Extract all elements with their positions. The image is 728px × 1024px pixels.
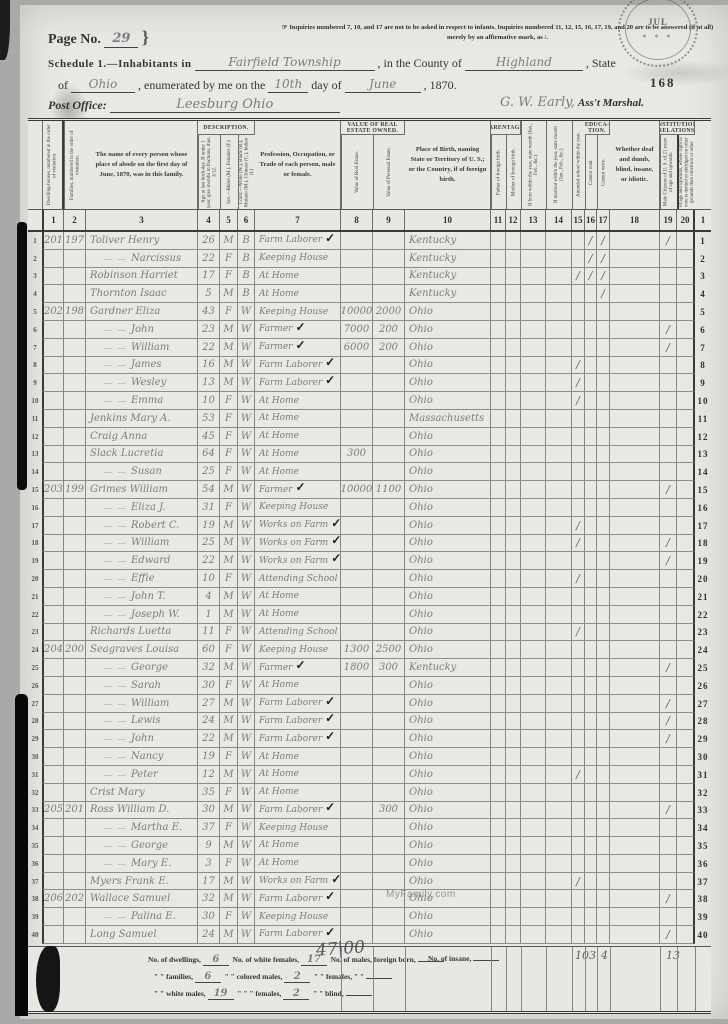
dwelling-number [42, 250, 64, 268]
mark-col-16 [585, 570, 597, 588]
mark-col-13 [521, 446, 546, 464]
mark-col-14 [546, 250, 572, 268]
color: W [238, 535, 255, 553]
col-number: 4 [198, 210, 220, 230]
mark-col-12 [506, 695, 521, 713]
row-number-left: 26 [28, 677, 42, 695]
column-number-row: 12345678910111213141516171819201 [28, 210, 711, 232]
age: 30 [198, 677, 220, 695]
color: W [238, 908, 255, 926]
row-number-right: 13 [695, 446, 711, 464]
family-number: 199 [64, 481, 86, 499]
mark-col-15 [572, 641, 585, 659]
person-name: — —Nancy [86, 748, 198, 766]
real-estate-value [341, 392, 373, 410]
footer-column-rule [373, 947, 374, 1011]
census-page: JUL * * * Page No. 29 } ☞ Inquiries numb… [20, 5, 728, 1019]
family-number [64, 374, 86, 392]
mark-col-16 [585, 677, 597, 695]
row-number-right: 17 [695, 517, 711, 535]
age: 60 [198, 641, 220, 659]
mark-col-19: / [660, 695, 677, 713]
mark-col-14 [546, 392, 572, 410]
person-name: — —Mary E. [86, 855, 198, 873]
mark-col-13 [521, 428, 546, 446]
real-estate-value: 7000 [341, 321, 373, 339]
birthplace: Ohio [405, 784, 491, 802]
mark-col-20 [677, 837, 695, 855]
mark-col-20 [677, 695, 695, 713]
sex: M [220, 517, 238, 535]
row-number-right: 11 [695, 410, 711, 428]
color: W [238, 499, 255, 517]
mark-col-16: / [585, 268, 597, 286]
post-office-blank: Leesburg Ohio [110, 97, 340, 113]
day-blank: 10th [268, 77, 308, 93]
mark-col-14 [546, 268, 572, 286]
row-number-left: 34 [28, 819, 42, 837]
mark-col-20 [677, 570, 695, 588]
mark-col-19 [660, 570, 677, 588]
mark-col-11 [491, 570, 506, 588]
birthplace: Ohio [405, 446, 491, 464]
mark-col-19 [660, 446, 677, 464]
sex: M [220, 232, 238, 250]
row-number-left: 13 [28, 446, 42, 464]
personal-estate-value [373, 250, 405, 268]
col-header-personal-estate: Value of Personal Estate. [373, 135, 405, 209]
mark-col-11 [491, 517, 506, 535]
real-estate-value [341, 695, 373, 713]
mark-col-16: / [585, 232, 597, 250]
row-number-right: 3 [695, 268, 711, 286]
day-value: 10th [274, 77, 302, 91]
of-label: of [58, 78, 68, 92]
mark-col-17 [597, 392, 610, 410]
month-blank: June [345, 77, 421, 93]
mark-col-11 [491, 410, 506, 428]
mark-col-18 [610, 730, 660, 748]
sex: M [220, 374, 238, 392]
mark-col-19 [660, 303, 677, 321]
color: W [238, 321, 255, 339]
sex: F [220, 748, 238, 766]
sex: M [220, 730, 238, 748]
sex: F [220, 677, 238, 695]
mark-col-14 [546, 285, 572, 303]
sex: F [220, 428, 238, 446]
schedule-label: Schedule 1.—Inhabitants in [48, 58, 192, 70]
mark-col-20 [677, 499, 695, 517]
mark-col-14 [546, 410, 572, 428]
mark-col-16 [585, 588, 597, 606]
mark-col-12 [506, 873, 521, 891]
row-number-right: 40 [695, 926, 711, 944]
mark-col-15: / [572, 766, 585, 784]
mark-col-14 [546, 535, 572, 553]
mark-col-18 [610, 374, 660, 392]
age: 37 [198, 819, 220, 837]
col-header-age: Age at last birth-day. If under 1 year, … [198, 135, 220, 209]
row-number-right: 28 [695, 713, 711, 731]
dwelling-number [42, 446, 64, 464]
occupation: Farmer✓ [255, 659, 341, 677]
table-row: 29— —John22MWFarm Laborer✓Ohio/29 [28, 730, 711, 748]
birthplace: Ohio [405, 428, 491, 446]
mark-col-18 [610, 357, 660, 375]
col-number: 11 [491, 210, 506, 230]
month-value: June [369, 77, 396, 91]
birthplace: Ohio [405, 855, 491, 873]
dwelling-number [42, 837, 64, 855]
mark-col-14 [546, 873, 572, 891]
day-of-label: day of [311, 78, 341, 92]
mark-col-16 [585, 499, 597, 517]
mark-col-20 [677, 481, 695, 499]
person-name: — —Robert C. [86, 517, 198, 535]
mark-col-16 [585, 748, 597, 766]
age: 19 [198, 517, 220, 535]
real-estate-value [341, 268, 373, 286]
mark-col-19 [660, 588, 677, 606]
person-name: — —Emma [86, 392, 198, 410]
mark-col-18 [610, 926, 660, 944]
mark-col-18 [610, 695, 660, 713]
person-name: — —Edward [86, 552, 198, 570]
mark-col-11 [491, 357, 506, 375]
mark-col-19 [660, 855, 677, 873]
occupation: Works on Farm✓ [255, 517, 341, 535]
mark-col-20 [677, 677, 695, 695]
marshal-line: G. W. Early, Ass't Marshal. [500, 95, 644, 110]
mark-col-19: / [660, 890, 677, 908]
row-number-left: 19 [28, 552, 42, 570]
white-males-label: " " white males, [154, 989, 206, 998]
real-estate-value [341, 784, 373, 802]
mark-col-19 [660, 784, 677, 802]
mark-col-16 [585, 713, 597, 731]
mark-col-14 [546, 428, 572, 446]
mark-col-12 [506, 481, 521, 499]
row-number-right: 35 [695, 837, 711, 855]
row-number-right: 12 [695, 428, 711, 446]
real-estate-value: 1800 [341, 659, 373, 677]
table-row: 15203199Grimes William54MWFarmer✓1000011… [28, 481, 711, 499]
mark-col-11 [491, 285, 506, 303]
year-label: , 1870. [424, 78, 457, 92]
col-number: 14 [546, 210, 572, 230]
mark-col-16 [585, 517, 597, 535]
mark-col-16 [585, 837, 597, 855]
mark-col-12 [506, 374, 521, 392]
family-number [64, 570, 86, 588]
age: 22 [198, 730, 220, 748]
mark-col-11 [491, 481, 506, 499]
mark-col-15: / [572, 517, 585, 535]
mark-col-18 [610, 410, 660, 428]
family-number [64, 250, 86, 268]
footer-column-rule [521, 947, 522, 1011]
mark-col-13 [521, 339, 546, 357]
mark-col-12 [506, 784, 521, 802]
schedule-line-2: of Ohio , enumerated by me on the 10th d… [58, 77, 457, 93]
mark-col-18 [610, 499, 660, 517]
family-number [64, 517, 86, 535]
row-number-right: 16 [695, 499, 711, 517]
age: 25 [198, 463, 220, 481]
mark-col-12 [506, 463, 521, 481]
mark-col-15 [572, 784, 585, 802]
state-value: Ohio [89, 77, 118, 91]
mark-col-12 [506, 677, 521, 695]
mark-col-17 [597, 374, 610, 392]
personal-estate-value [373, 926, 405, 944]
mark-col-13 [521, 695, 546, 713]
table-row: 11Jenkins Mary A.53FWAt HomeMassachusett… [28, 410, 711, 428]
mark-col-13 [521, 268, 546, 286]
mark-col-11 [491, 659, 506, 677]
dwelling-number [42, 713, 64, 731]
person-name: — —George [86, 837, 198, 855]
colored-females-label: " " " females, [237, 989, 281, 998]
row-number-left: 17 [28, 517, 42, 535]
row-number-right: 15 [695, 481, 711, 499]
col-number: 3 [86, 210, 198, 230]
birthplace: Ohio [405, 588, 491, 606]
mark-col-12 [506, 357, 521, 375]
mark-col-12 [506, 890, 521, 908]
birthplace: Ohio [405, 748, 491, 766]
birthplace: Ohio [405, 517, 491, 535]
dwelling-number [42, 819, 64, 837]
mark-col-18 [610, 250, 660, 268]
mark-col-11 [491, 695, 506, 713]
real-estate-value [341, 570, 373, 588]
row-number-left: 23 [28, 624, 42, 642]
mark-col-12 [506, 232, 521, 250]
dwelling-number [42, 873, 64, 891]
row-number-right: 24 [695, 641, 711, 659]
mark-col-19 [660, 250, 677, 268]
sex: F [220, 499, 238, 517]
real-estate-value [341, 232, 373, 250]
mark-col-11 [491, 837, 506, 855]
person-name: Jenkins Mary A. [86, 410, 198, 428]
sex: F [220, 250, 238, 268]
sex: F [220, 819, 238, 837]
mark-col-14 [546, 499, 572, 517]
mark-col-12 [506, 446, 521, 464]
mark-col-20 [677, 819, 695, 837]
col-number: 15 [572, 210, 585, 230]
mark-col-20 [677, 232, 695, 250]
mark-col-13 [521, 677, 546, 695]
sex: F [220, 570, 238, 588]
table-body: 1201197Toliver Henry26MBFarm Laborer✓Ken… [28, 232, 711, 944]
dwelling-number [42, 339, 64, 357]
person-name: Wallace Samuel [86, 890, 198, 908]
mark-col-19 [660, 766, 677, 784]
family-number [64, 624, 86, 642]
real-estate-value [341, 588, 373, 606]
brace-glyph: } [142, 27, 149, 47]
birthplace: Ohio [405, 552, 491, 570]
mark-col-17 [597, 802, 610, 820]
table-row: 10— —Emma10FWAt HomeOhio/10 [28, 392, 711, 410]
real-estate-value [341, 606, 373, 624]
mark-col-14 [546, 517, 572, 535]
mark-col-17 [597, 713, 610, 731]
mark-col-19 [660, 410, 677, 428]
mark-col-19: / [660, 926, 677, 944]
age: 3 [198, 855, 220, 873]
mark-col-13 [521, 374, 546, 392]
occupation: Attending School [255, 624, 341, 642]
group-header-description: Description. [198, 121, 255, 135]
table-row: 20— —Effie10FWAttending SchoolOhio/20 [28, 570, 711, 588]
occupation: Farmer✓ [255, 339, 341, 357]
personal-estate-value [373, 713, 405, 731]
sex: F [220, 392, 238, 410]
mark-col-18 [610, 802, 660, 820]
mark-col-16 [585, 695, 597, 713]
table-row: 3Robinson Harriet17FBAt HomeKentucky///3 [28, 268, 711, 286]
row-number-right: 5 [695, 303, 711, 321]
mark-col-14 [546, 232, 572, 250]
mark-col-15: / [572, 268, 585, 286]
row-number-left: 32 [28, 784, 42, 802]
mark-col-20 [677, 624, 695, 642]
table-row: 34— —Martha E.37FWKeeping HouseOhio34 [28, 819, 711, 837]
insane-line: No. of insane, [428, 954, 499, 963]
dwelling-number: 201 [42, 232, 64, 250]
occupation: Farm Laborer✓ [255, 357, 341, 375]
person-name: — —Eliza J. [86, 499, 198, 517]
mark-col-12 [506, 321, 521, 339]
age: 22 [198, 250, 220, 268]
mark-col-11 [491, 713, 506, 731]
row-number-left: 25 [28, 659, 42, 677]
summary-footer: No. of dwellings, 6 No. of white females… [28, 946, 711, 1014]
footer-column-rule [491, 947, 492, 1011]
mark-col-13 [521, 535, 546, 553]
family-number [64, 588, 86, 606]
age: 10 [198, 570, 220, 588]
row-number-right: 2 [695, 250, 711, 268]
dwelling-number: 206 [42, 890, 64, 908]
birthplace: Ohio [405, 713, 491, 731]
group-header-education: Educa-tion. [585, 121, 610, 135]
person-name: Myers Frank E. [86, 873, 198, 891]
row-number-left: 7 [28, 339, 42, 357]
row-number-left: 37 [28, 873, 42, 891]
mark-col-19 [660, 873, 677, 891]
occupation: At Home [255, 463, 341, 481]
mark-col-19 [660, 837, 677, 855]
personal-estate-value [373, 357, 405, 375]
occupation: Works on Farm✓ [255, 873, 341, 891]
dwelling-number [42, 321, 64, 339]
mark-col-12 [506, 624, 521, 642]
mark-col-20 [677, 303, 695, 321]
mark-col-14 [546, 748, 572, 766]
mark-col-12 [506, 659, 521, 677]
mark-col-20 [677, 428, 695, 446]
real-estate-value [341, 677, 373, 695]
birthplace: Ohio [405, 819, 491, 837]
personal-estate-value [373, 766, 405, 784]
mark-col-16 [585, 873, 597, 891]
color: W [238, 517, 255, 535]
mark-col-11 [491, 499, 506, 517]
col-header-families: Families, numbered in the order of visit… [64, 121, 86, 209]
personal-estate-value [373, 855, 405, 873]
dwelling-number [42, 606, 64, 624]
occupation: Attending School [255, 570, 341, 588]
dwelling-number [42, 784, 64, 802]
family-number [64, 446, 86, 464]
table-row: 30— —Nancy19FWAt HomeOhio30 [28, 748, 711, 766]
instruction-line-2: merely by an affirmative mark, as /. [270, 33, 725, 43]
birthplace: Ohio [405, 677, 491, 695]
mark-col-16 [585, 481, 597, 499]
mark-col-20 [677, 908, 695, 926]
real-estate-value [341, 624, 373, 642]
row-number-right: 30 [695, 748, 711, 766]
mark-col-11 [491, 250, 506, 268]
color: W [238, 873, 255, 891]
mark-col-14 [546, 784, 572, 802]
mark-col-14 [546, 766, 572, 784]
county-blank: Highland [465, 55, 583, 71]
mark-col-17: / [597, 268, 610, 286]
family-number [64, 855, 86, 873]
sex: F [220, 268, 238, 286]
personal-estate-value [373, 624, 405, 642]
mark-col-17 [597, 641, 610, 659]
occupation: Farm Laborer✓ [255, 374, 341, 392]
row-number-left: 10 [28, 392, 42, 410]
marshal-title: Ass't Marshal. [578, 97, 644, 109]
footer-line-2: " " families, 6 " " colored males, 2 " "… [154, 971, 392, 983]
sex: F [220, 624, 238, 642]
dwelling-number [42, 908, 64, 926]
mark-col-16 [585, 802, 597, 820]
group-header-parentage: Parentage. [491, 121, 521, 135]
mark-col-13 [521, 713, 546, 731]
sex: M [220, 766, 238, 784]
mark-col-13 [521, 766, 546, 784]
mark-col-16 [585, 392, 597, 410]
col-header-dwelling: Dwelling-houses, numbered in the order o… [42, 121, 64, 209]
table-row: 12Craig Anna45FWAt HomeOhio12 [28, 428, 711, 446]
mark-col-11 [491, 428, 506, 446]
person-name: — —Joseph W. [86, 606, 198, 624]
family-number [64, 730, 86, 748]
age: 12 [198, 766, 220, 784]
total-cannot-write: 4 [601, 949, 608, 962]
mark-col-15 [572, 428, 585, 446]
footer-column-rule [572, 947, 573, 1011]
mark-col-13 [521, 926, 546, 944]
mark-col-17 [597, 606, 610, 624]
mark-col-13 [521, 819, 546, 837]
row-number-right: 26 [695, 677, 711, 695]
row-number-right: 4 [695, 285, 711, 303]
sex: M [220, 873, 238, 891]
birthplace: Ohio [405, 766, 491, 784]
occupation: At Home [255, 410, 341, 428]
